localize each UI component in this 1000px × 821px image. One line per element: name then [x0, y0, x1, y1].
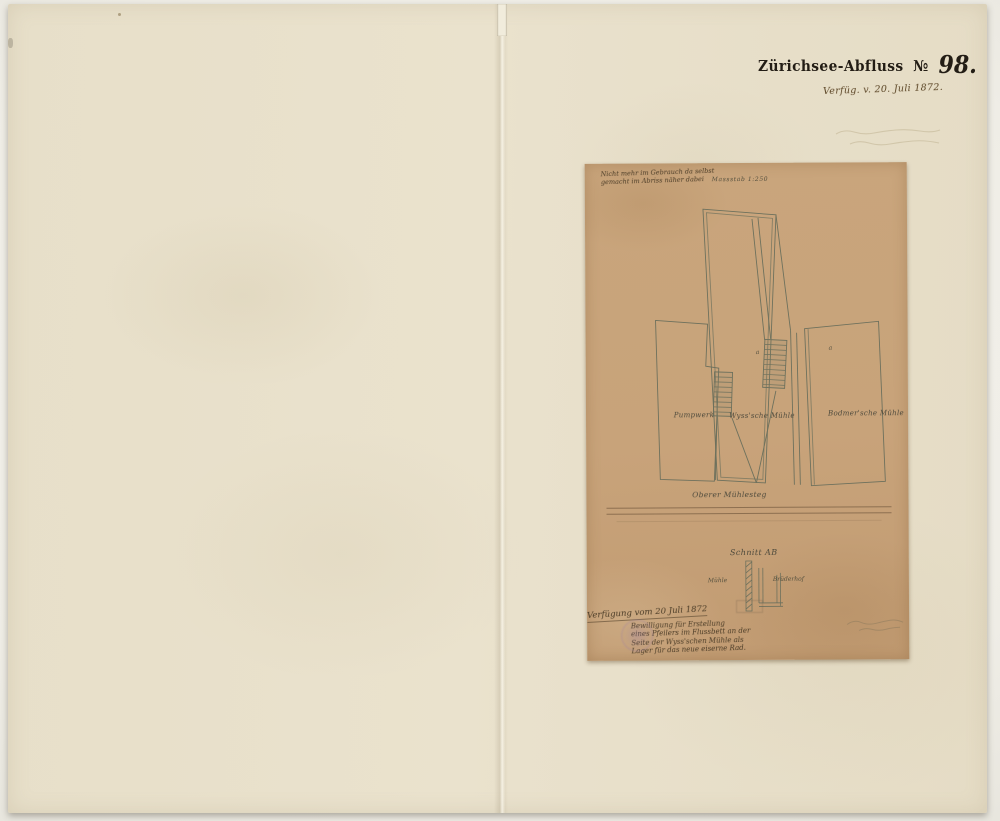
fold-crease	[494, 4, 508, 813]
water-wheel-icon	[763, 339, 787, 388]
section-label-right: Brüderhof	[773, 576, 804, 583]
pencil-scribble	[843, 612, 907, 636]
fold-notch	[497, 4, 507, 36]
water-wheel-icon	[713, 372, 732, 417]
attached-plan-sheet: Nicht mehr im Gebrauch da selbst gemacht…	[585, 162, 910, 661]
building-label-left: Pumpwerk	[666, 411, 722, 419]
plan-marker-a: a	[756, 349, 760, 356]
no-sign: №	[913, 57, 928, 75]
series-title: Zürichsee-Abfluss	[758, 57, 903, 75]
paper-speck	[8, 38, 13, 48]
building-label-middle: Wyss'sche Mühle	[724, 412, 800, 420]
section-title: Schnitt AB	[729, 548, 779, 557]
folder-sheet: Zürichsee-Abfluss № 98. Verfüg. v. 20. J…	[8, 4, 987, 813]
bridge-label: Oberer Mühlesteg	[684, 490, 774, 499]
faint-pencil-note	[830, 122, 970, 162]
paper-speck	[118, 13, 121, 16]
bridge-lines	[607, 507, 892, 522]
faint-stamp	[736, 600, 763, 613]
photo-background: Zürichsee-Abfluss № 98. Verfüg. v. 20. J…	[0, 0, 1000, 821]
building-label-right: Bodmer'sche Mühle	[826, 409, 906, 417]
plan-marker-a: a	[829, 345, 833, 352]
violet-stamp	[621, 619, 653, 651]
document-title: Zürichsee-Abfluss № 98.	[758, 50, 977, 79]
decree-note-header: Verfüg. v. 20. Juli 1872.	[823, 82, 943, 97]
section-label-left: Mühle	[708, 577, 727, 584]
document-number: 98.	[939, 50, 977, 79]
